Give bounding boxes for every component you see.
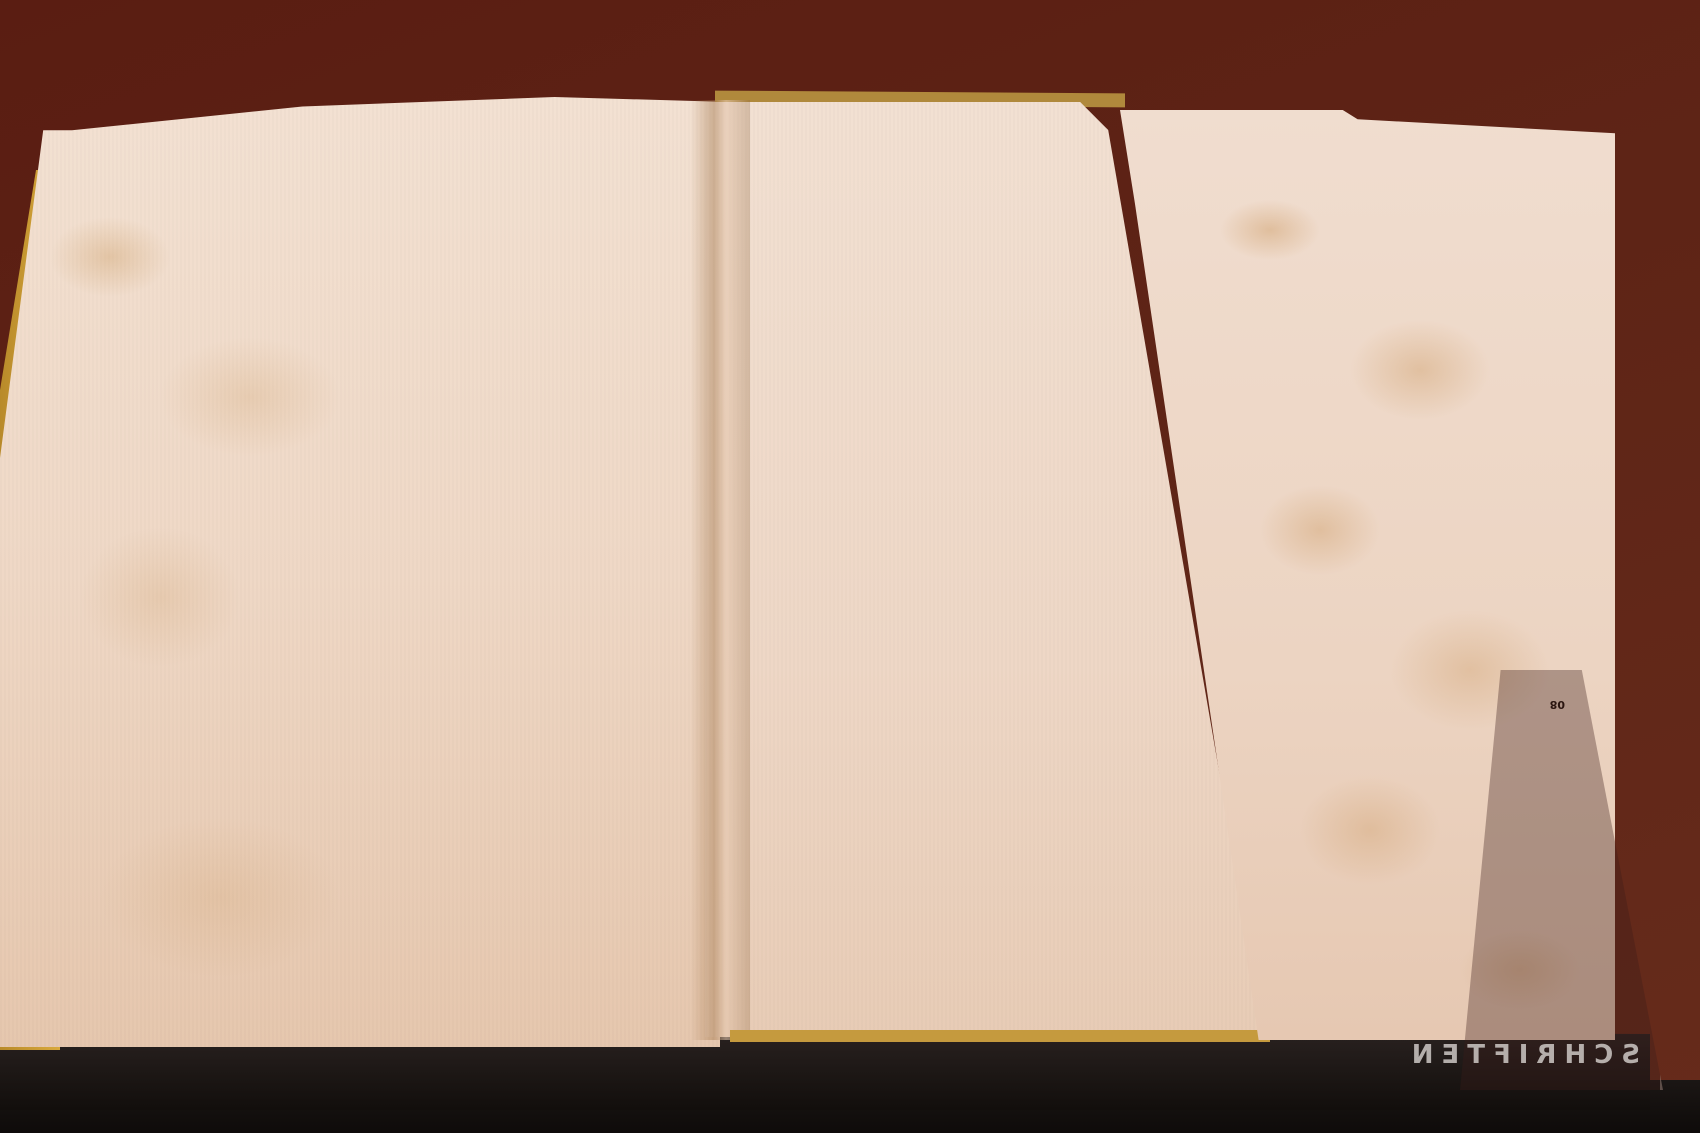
left-endpaper (0, 97, 720, 1047)
mirrored-spine-text: SCHRIFTEN (1180, 1040, 1640, 1070)
sleeve-label: 08 (1535, 695, 1565, 711)
book-gutter (690, 100, 750, 1040)
